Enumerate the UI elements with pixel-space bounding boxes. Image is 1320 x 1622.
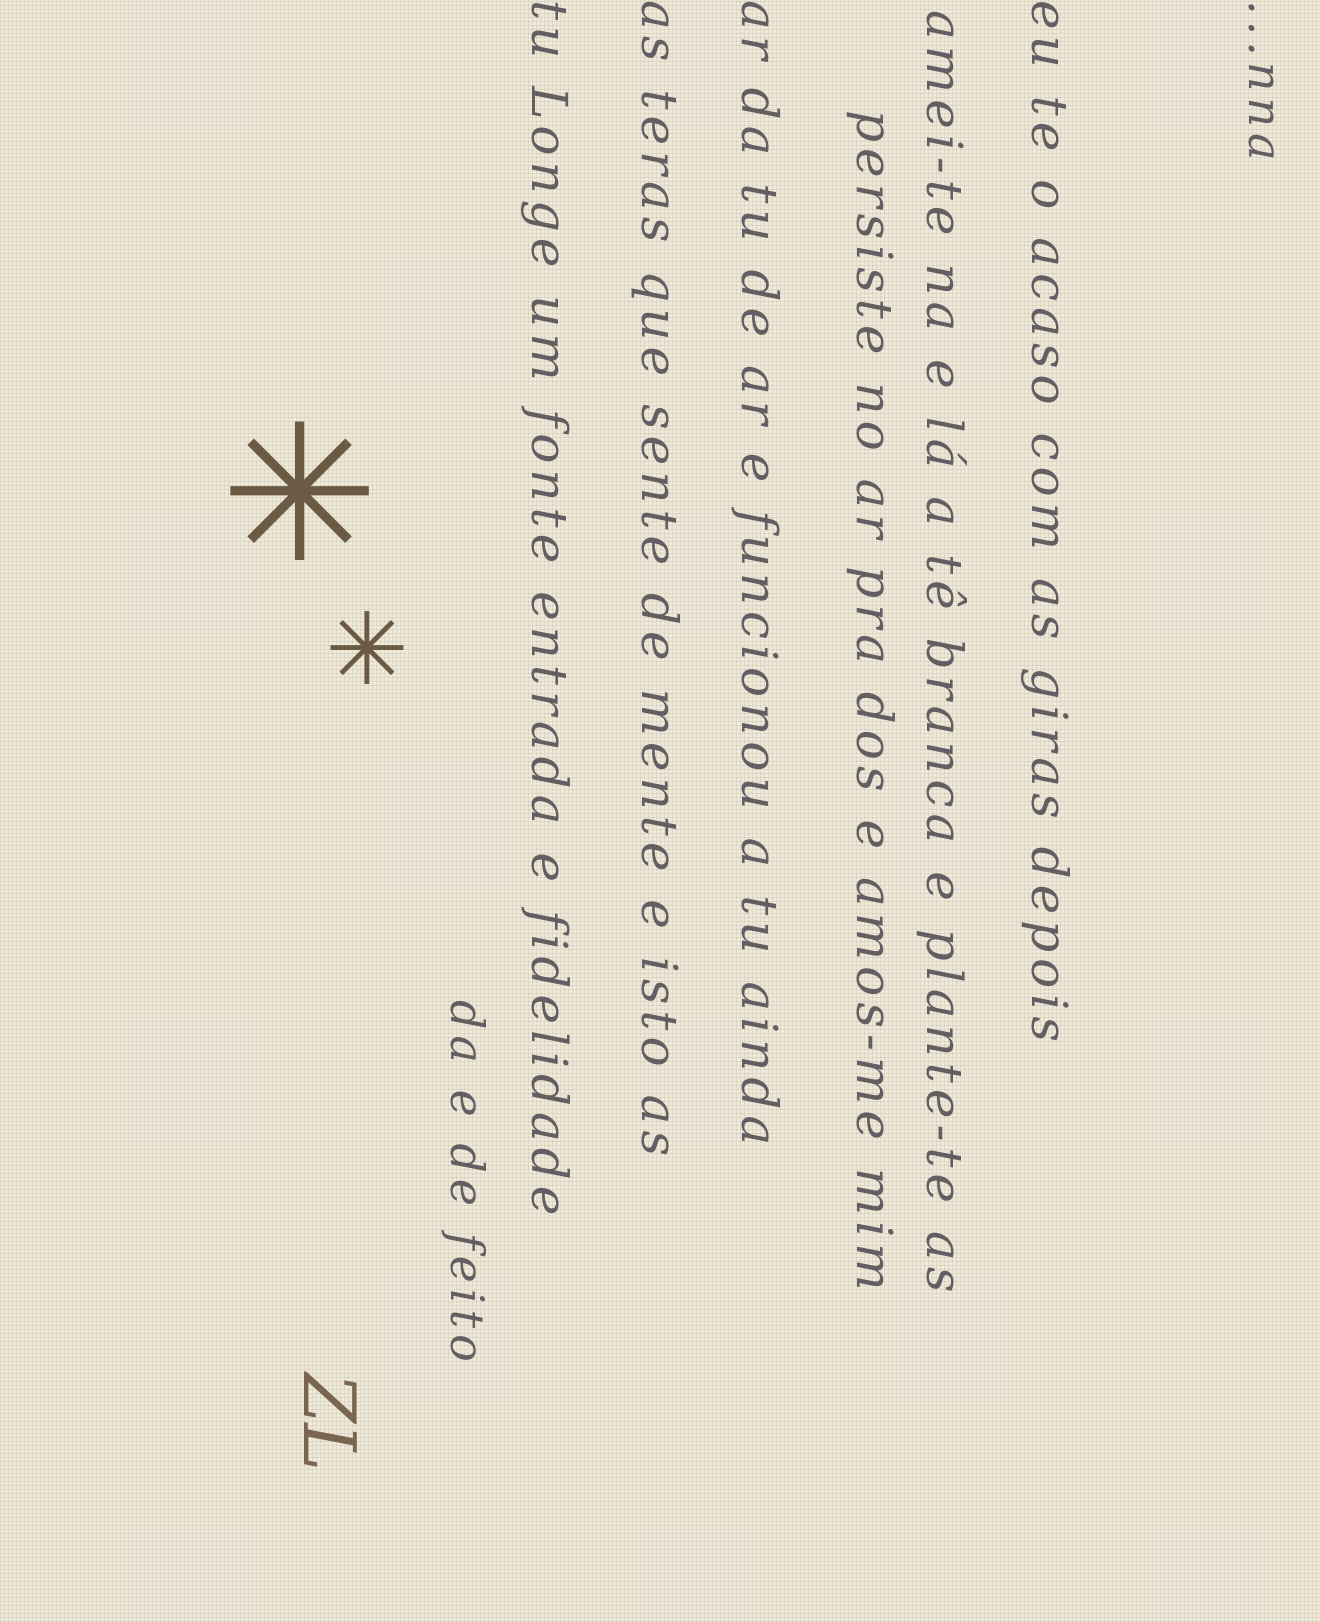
- signature-initials: ZL: [287, 1373, 371, 1471]
- handwritten-line-5: ar da tu de ar e funcionou a tu ainda: [730, 0, 788, 1151]
- handwritten-line-8: da e de feito: [440, 1000, 494, 1368]
- handwritten-line-7: tu Longe um fonte entrada e fidelidade: [520, 0, 578, 1221]
- handwritten-line-3: amei-te na e lá a tê branca e plante-te …: [915, 10, 973, 1298]
- small-asterisk-icon: ✳: [325, 600, 409, 700]
- large-asterisk-icon: ✳: [220, 400, 379, 590]
- handwritten-line-1: ...nna: [1238, 0, 1292, 167]
- handwritten-line-4: persiste no ar pra dos e amos-me mim: [845, 110, 903, 1297]
- handwritten-line-2: eu te o acaso com as giras depois: [1020, 0, 1078, 1048]
- linen-fabric-background: ...nna eu te o acaso com as giras depois…: [0, 0, 1320, 1622]
- handwritten-line-6: as teras que sente de mente e isto as: [630, 0, 688, 1162]
